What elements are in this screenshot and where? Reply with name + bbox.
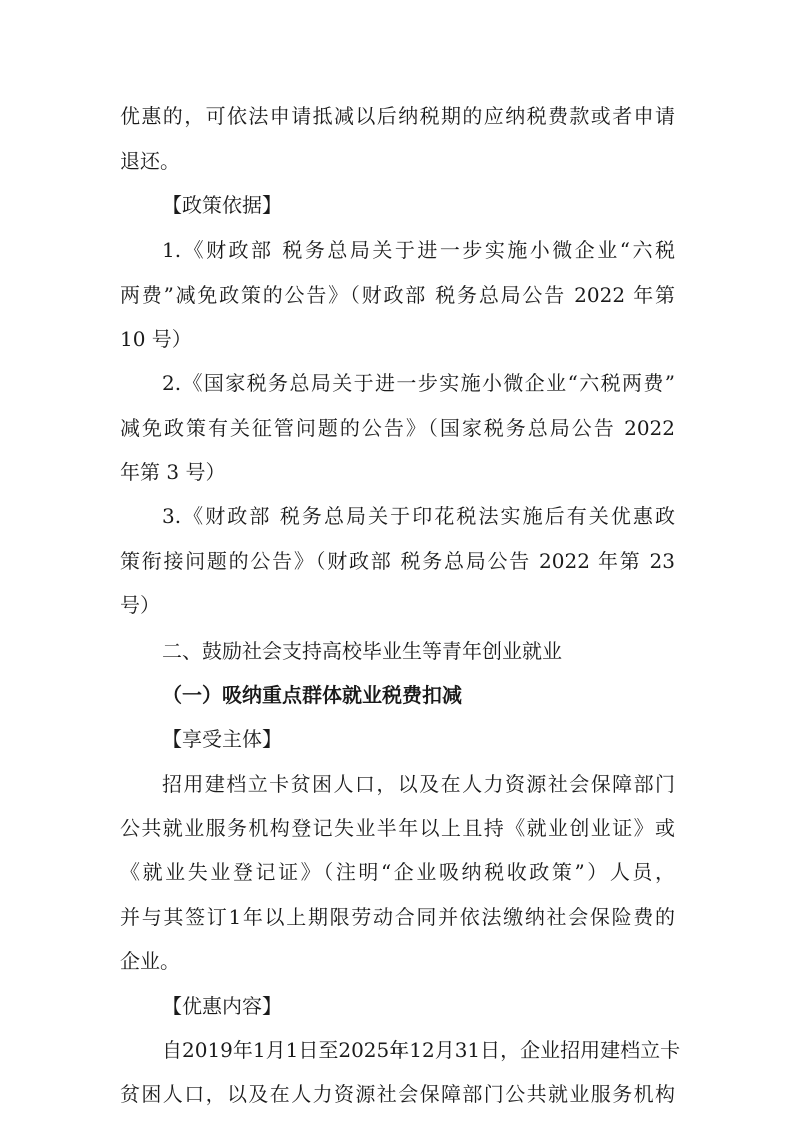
paragraph-line: 退还。: [120, 149, 675, 173]
paragraph-line: 公共就业服务机构登记失业半年以上且持《就业创业证》或: [120, 816, 675, 840]
paragraph-line: 优惠的，可依法申请抵减以后纳税期的应纳税费款或者申请: [120, 104, 675, 128]
page-number: 13: [0, 1046, 793, 1057]
paragraph-line: 企业。: [120, 949, 675, 973]
paragraph-line: 《就业失业登记证》（注明“企业吸纳税收政策”）人员，: [120, 860, 675, 884]
reference-line: 3.《财政部 税务总局关于印花税法实施后有关优惠政: [162, 504, 675, 528]
section-label-policy-basis: 【政策依据】: [162, 193, 675, 217]
reference-line: 号）: [120, 593, 675, 617]
reference-line: 减免政策有关征管问题的公告》（国家税务总局公告 2022: [120, 416, 675, 440]
reference-line: 1.《财政部 税务总局关于进一步实施小微企业“六税: [162, 238, 675, 262]
paragraph-line: 招用建档立卡贫困人口，以及在人力资源社会保障部门: [162, 772, 675, 796]
paragraph-line: 并与其签订1年以上期限劳动合同并依法缴纳社会保险费的: [120, 905, 675, 929]
section-label-benefit-content: 【优惠内容】: [162, 994, 675, 1018]
section-heading: 二、鼓励社会支持高校毕业生等青年创业就业: [162, 639, 675, 663]
subsection-heading: （一）吸纳重点群体就业税费扣减: [162, 683, 675, 707]
reference-line: 10 号）: [120, 327, 675, 351]
reference-line: 两费”减免政策的公告》（财政部 税务总局公告 2022 年第: [120, 283, 675, 307]
reference-line: 2.《国家税务总局关于进一步实施小微企业“六税两费”: [162, 371, 675, 395]
reference-line: 年第 3 号）: [120, 460, 675, 484]
section-label-beneficiary: 【享受主体】: [162, 727, 675, 751]
reference-line: 策衔接问题的公告》（财政部 税务总局公告 2022 年第 23: [120, 549, 675, 573]
paragraph-line: 贫困人口，以及在人力资源社会保障部门公共就业服务机构: [120, 1082, 675, 1106]
